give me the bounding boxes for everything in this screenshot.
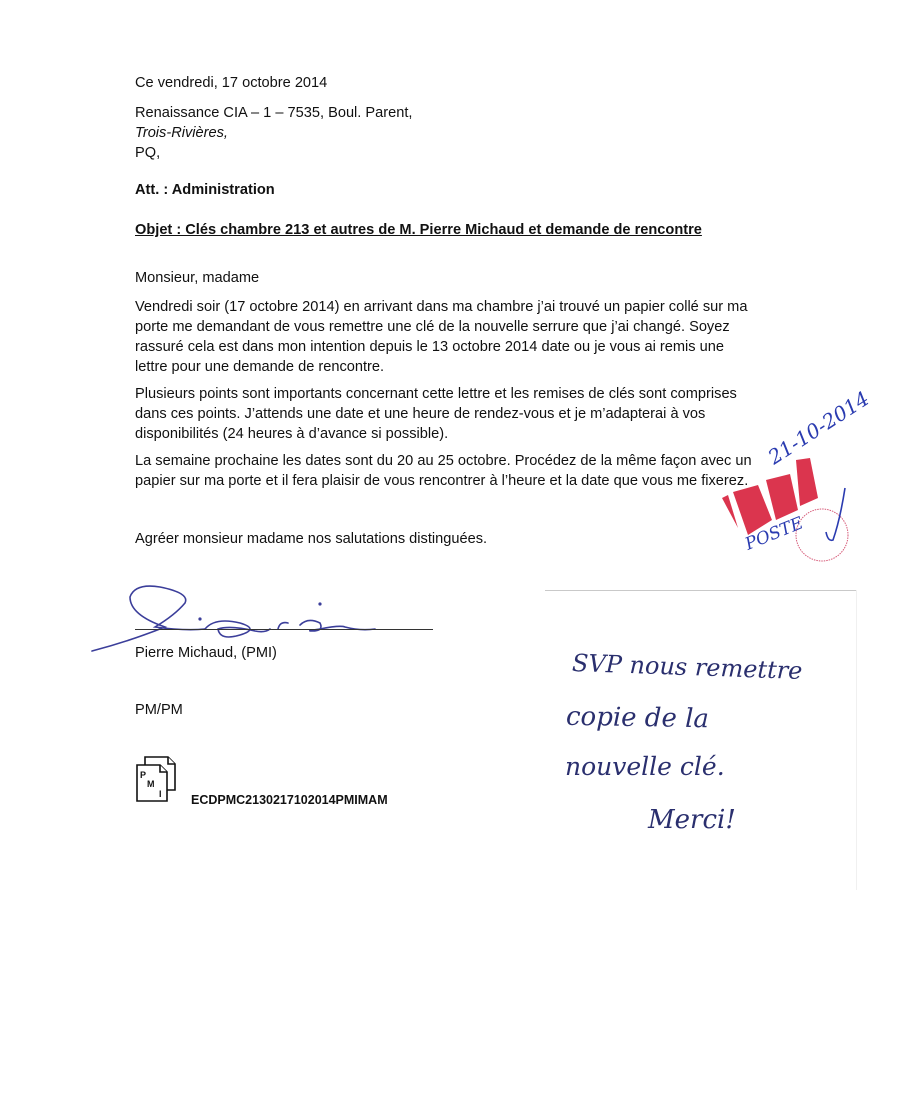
- checkmark-icon: [826, 488, 845, 540]
- svg-text:M: M: [147, 779, 155, 789]
- svg-text:P: P: [140, 770, 146, 780]
- handwritten-note-line: nouvelle clé.: [565, 752, 725, 781]
- stamp-date: 21-10-2014: [763, 386, 874, 469]
- letter-page: Ce vendredi, 17 octobre 2014 Renaissance…: [0, 0, 900, 1100]
- address-province: PQ,: [135, 143, 160, 163]
- paragraph-line: papier sur ma porte et il fera plaisir d…: [135, 471, 775, 491]
- svg-text:I: I: [159, 789, 162, 799]
- handwritten-note-line: copie de la: [566, 702, 709, 734]
- paragraph-1: Vendredi soir (17 octobre 2014) en arriv…: [135, 297, 775, 377]
- salutation: Monsieur, madame: [135, 268, 259, 288]
- document-copies-icon: P M I: [135, 756, 181, 804]
- note-edge: [545, 590, 857, 591]
- received-stamp: 21-10-2014 POSTE: [700, 370, 900, 570]
- closing-line: Agréer monsieur madame nos salutations d…: [135, 529, 487, 549]
- paragraph-line: rassuré cela est dans mon intention depu…: [135, 337, 775, 357]
- paragraph-line: Vendredi soir (17 octobre 2014) en arriv…: [135, 297, 775, 317]
- note-right-edge: [856, 590, 857, 890]
- paragraph-3: La semaine prochaine les dates sont du 2…: [135, 451, 775, 491]
- handwritten-note-line: SVP nous remettre: [572, 649, 803, 685]
- paragraph-2: Plusieurs points sont importants concern…: [135, 384, 775, 444]
- attention-line: Att. : Administration: [135, 180, 275, 200]
- address-line: Renaissance CIA – 1 – 7535, Boul. Parent…: [135, 103, 412, 123]
- paragraph-line: Plusieurs points sont importants concern…: [135, 384, 775, 404]
- handwritten-note-line: Merci!: [648, 805, 736, 835]
- date-line: Ce vendredi, 17 octobre 2014: [135, 73, 327, 93]
- signer-name: Pierre Michaud, (PMI): [135, 643, 277, 663]
- reference-code: ECDPMC2130217102014PMIMAM: [191, 793, 388, 807]
- paragraph-line: porte me demandant de vous remettre une …: [135, 317, 775, 337]
- subject-line: Objet : Clés chambre 213 et autres de M.…: [135, 220, 702, 240]
- address-city: Trois-Rivières,: [135, 123, 228, 143]
- paragraph-line: lettre pour une demande de rencontre.: [135, 357, 775, 377]
- initials: PM/PM: [135, 700, 183, 720]
- paragraph-line: La semaine prochaine les dates sont du 2…: [135, 451, 775, 471]
- paragraph-line: disponibilités (24 heures à d’avance si …: [135, 424, 775, 444]
- signature-line: [135, 629, 433, 630]
- paragraph-line: dans ces points. J’attends une date et u…: [135, 404, 775, 424]
